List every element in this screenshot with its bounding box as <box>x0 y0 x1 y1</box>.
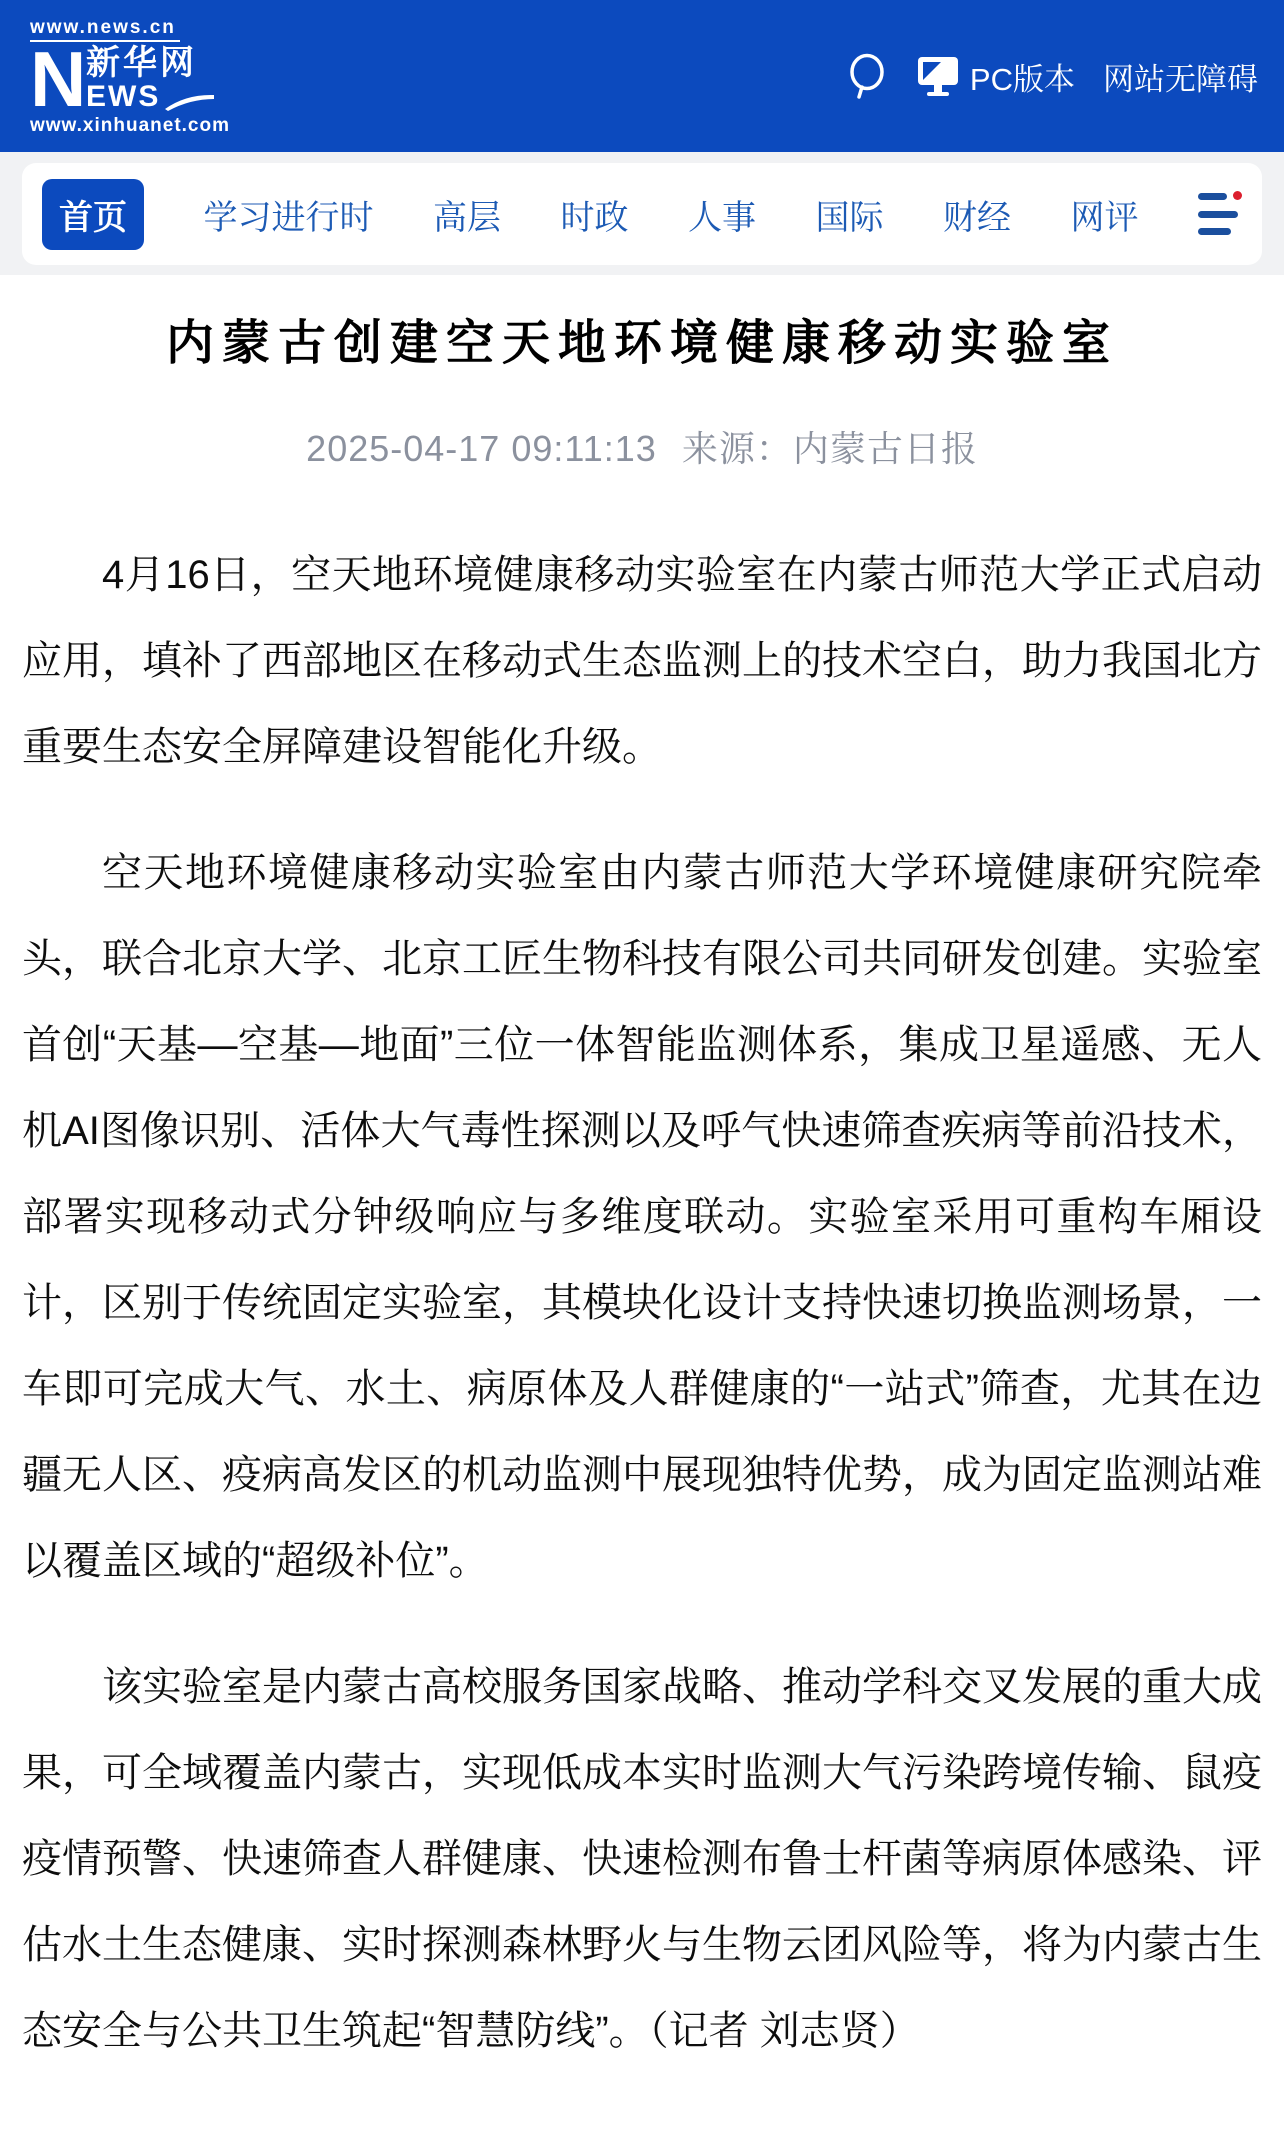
nav-tab-xuexi[interactable]: 学习进行时 <box>204 190 374 239</box>
menu-bar <box>1198 211 1238 218</box>
notification-dot <box>1233 191 1242 200</box>
menu-bar <box>1198 228 1231 235</box>
publish-datetime: 2025-04-17 09:11:13 <box>306 428 657 469</box>
logo-swoosh-icon <box>164 90 216 112</box>
article-title: 内蒙古创建空天地环境健康移动实验室 <box>68 315 1216 373</box>
nav-tab-wangping[interactable]: 网评 <box>1071 190 1139 239</box>
accessibility-button[interactable]: 网站无障碍 <box>1103 54 1258 99</box>
article-paragraph: 4月16日，空天地环境健康移动实验室在内蒙古师范大学正式启动应用，填补了西部地区… <box>22 532 1262 790</box>
article-body: 4月16日，空天地环境健康移动实验室在内蒙古师范大学正式启动应用，填补了西部地区… <box>22 532 1262 2074</box>
nav-band: 首页 学习进行时 高层 时政 人事 国际 财经 网评 <box>0 152 1284 275</box>
nav-tab-gaoceng[interactable]: 高层 <box>433 190 501 239</box>
article-paragraph: 该实验室是内蒙古高校服务国家战略、推动学科交叉发展的重大成果，可全域覆盖内蒙古，… <box>22 1644 1262 2074</box>
nav-tab-shizheng[interactable]: 时政 <box>561 190 629 239</box>
logo-chinese-name: 新华网 <box>86 46 220 82</box>
pc-version-button[interactable]: PC版本 <box>916 54 1075 99</box>
primary-nav: 首页 学习进行时 高层 时政 人事 国际 财经 网评 <box>22 163 1262 265</box>
nav-tab-home[interactable]: 首页 <box>42 179 144 250</box>
search-icon <box>846 53 888 99</box>
article-paragraph: 空天地环境健康移动实验室由内蒙古师范大学环境健康研究院牵头，联合北京大学、北京工… <box>22 830 1262 1604</box>
nav-tab-caijing[interactable]: 财经 <box>943 190 1011 239</box>
nav-tab-renshi[interactable]: 人事 <box>688 190 756 239</box>
pc-version-label: PC版本 <box>970 54 1075 99</box>
hamburger-menu-icon[interactable] <box>1198 193 1242 235</box>
logo-letters-ews: EWS <box>86 82 160 112</box>
header-actions: PC版本 网站无障碍 <box>846 53 1258 99</box>
logo-mark: N 新华网 EWS <box>30 46 220 112</box>
nav-tab-guoji[interactable]: 国际 <box>816 190 884 239</box>
article-meta: 2025-04-17 09:11:13 来源：内蒙古日报 <box>22 421 1262 472</box>
logo-url-bottom: www.xinhuanet.com <box>30 116 230 135</box>
menu-bar <box>1198 193 1227 200</box>
accessibility-label: 网站无障碍 <box>1103 54 1258 99</box>
monitor-icon <box>916 55 960 97</box>
article-container: 内蒙古创建空天地环境健康移动实验室 2025-04-17 09:11:13 来源… <box>0 275 1284 2138</box>
search-button[interactable] <box>846 53 888 99</box>
xinhuanet-logo[interactable]: www.news.cn N 新华网 EWS www.xinhuanet.com <box>30 18 230 135</box>
logo-letter-n: N <box>30 48 86 112</box>
article-source: 来源：内蒙古日报 <box>682 428 978 469</box>
logo-ews-row: EWS <box>86 82 220 112</box>
site-header: www.news.cn N 新华网 EWS www.xinhuanet.com <box>0 0 1284 152</box>
